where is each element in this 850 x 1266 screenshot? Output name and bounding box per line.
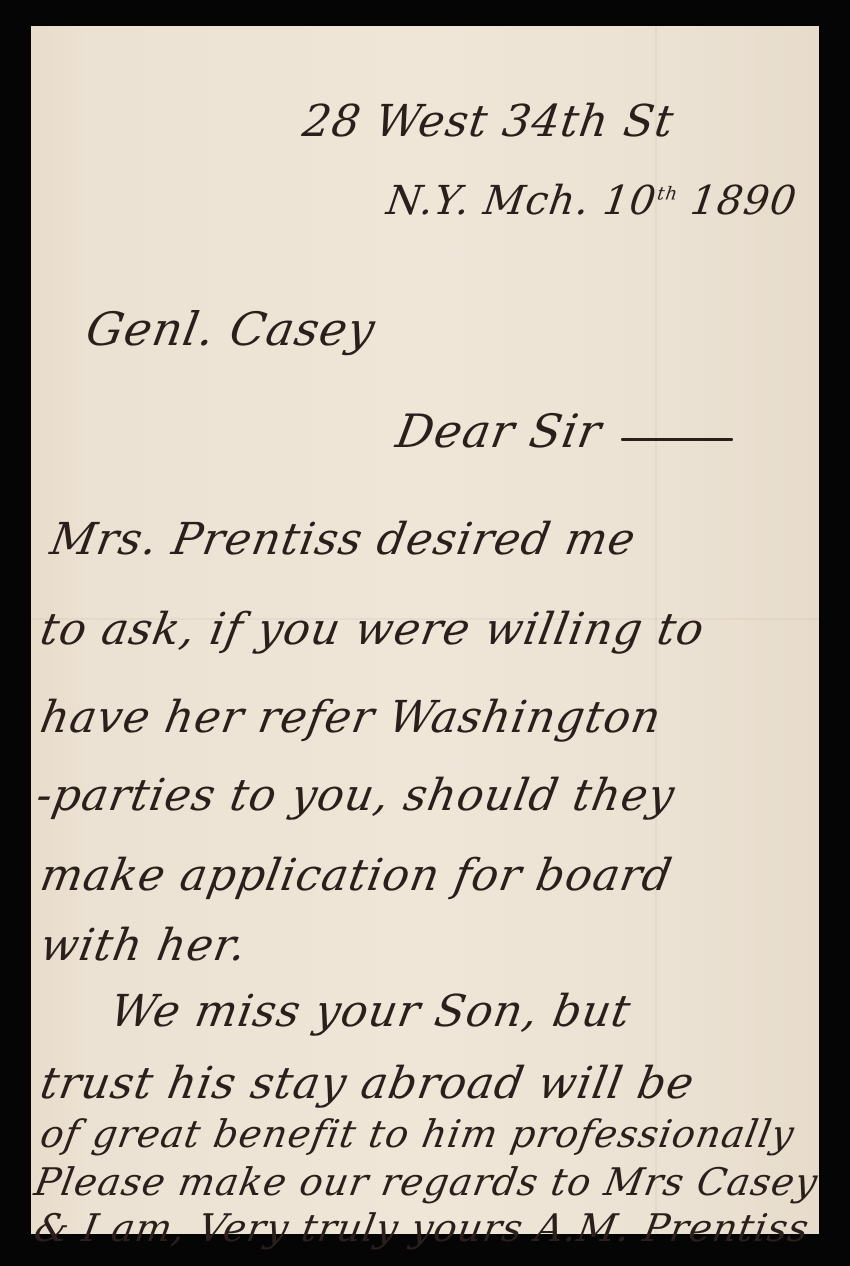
date-year: 1890	[688, 178, 800, 224]
body-line-7: We miss your Son, but	[107, 986, 635, 1037]
letter-salutation: Dear Sir	[392, 404, 606, 458]
date-day-suffix: th	[656, 184, 680, 205]
date-day: 10	[600, 178, 659, 224]
address-text: 28 West 34th St	[299, 96, 677, 147]
letter-date: N.Y. Mch. 10th 1890	[384, 178, 800, 224]
letter-address: 28 West 34th St	[299, 96, 677, 147]
body-line-11-closing: & I am, Very truly yours A.M. Prentiss	[31, 1206, 813, 1250]
body-line-2: to ask, if you were willing to	[37, 604, 709, 655]
body-line-4: -parties to you, should they	[33, 770, 679, 821]
recipient-text: Genl. Casey	[82, 302, 380, 356]
body-line-5: make application for board	[37, 850, 677, 901]
body-line-9: of great benefit to him professionally	[37, 1112, 798, 1156]
salutation-flourish	[621, 438, 733, 441]
body-line-8: trust his stay abroad will be	[37, 1058, 699, 1109]
body-line-1: Mrs. Prentiss desired me	[47, 514, 640, 565]
letter-recipient: Genl. Casey	[82, 302, 380, 356]
body-line-3: have her refer Washington	[37, 692, 666, 743]
body-line-6: with her.	[37, 920, 251, 971]
body-line-10: Please make our regards to Mrs Casey	[31, 1160, 821, 1204]
date-place: N.Y.	[384, 178, 474, 224]
salutation-text: Dear Sir	[392, 404, 606, 458]
letter-paper: 28 West 34th St N.Y. Mch. 10th 1890 Genl…	[31, 26, 819, 1234]
date-month: Mch.	[481, 178, 593, 224]
